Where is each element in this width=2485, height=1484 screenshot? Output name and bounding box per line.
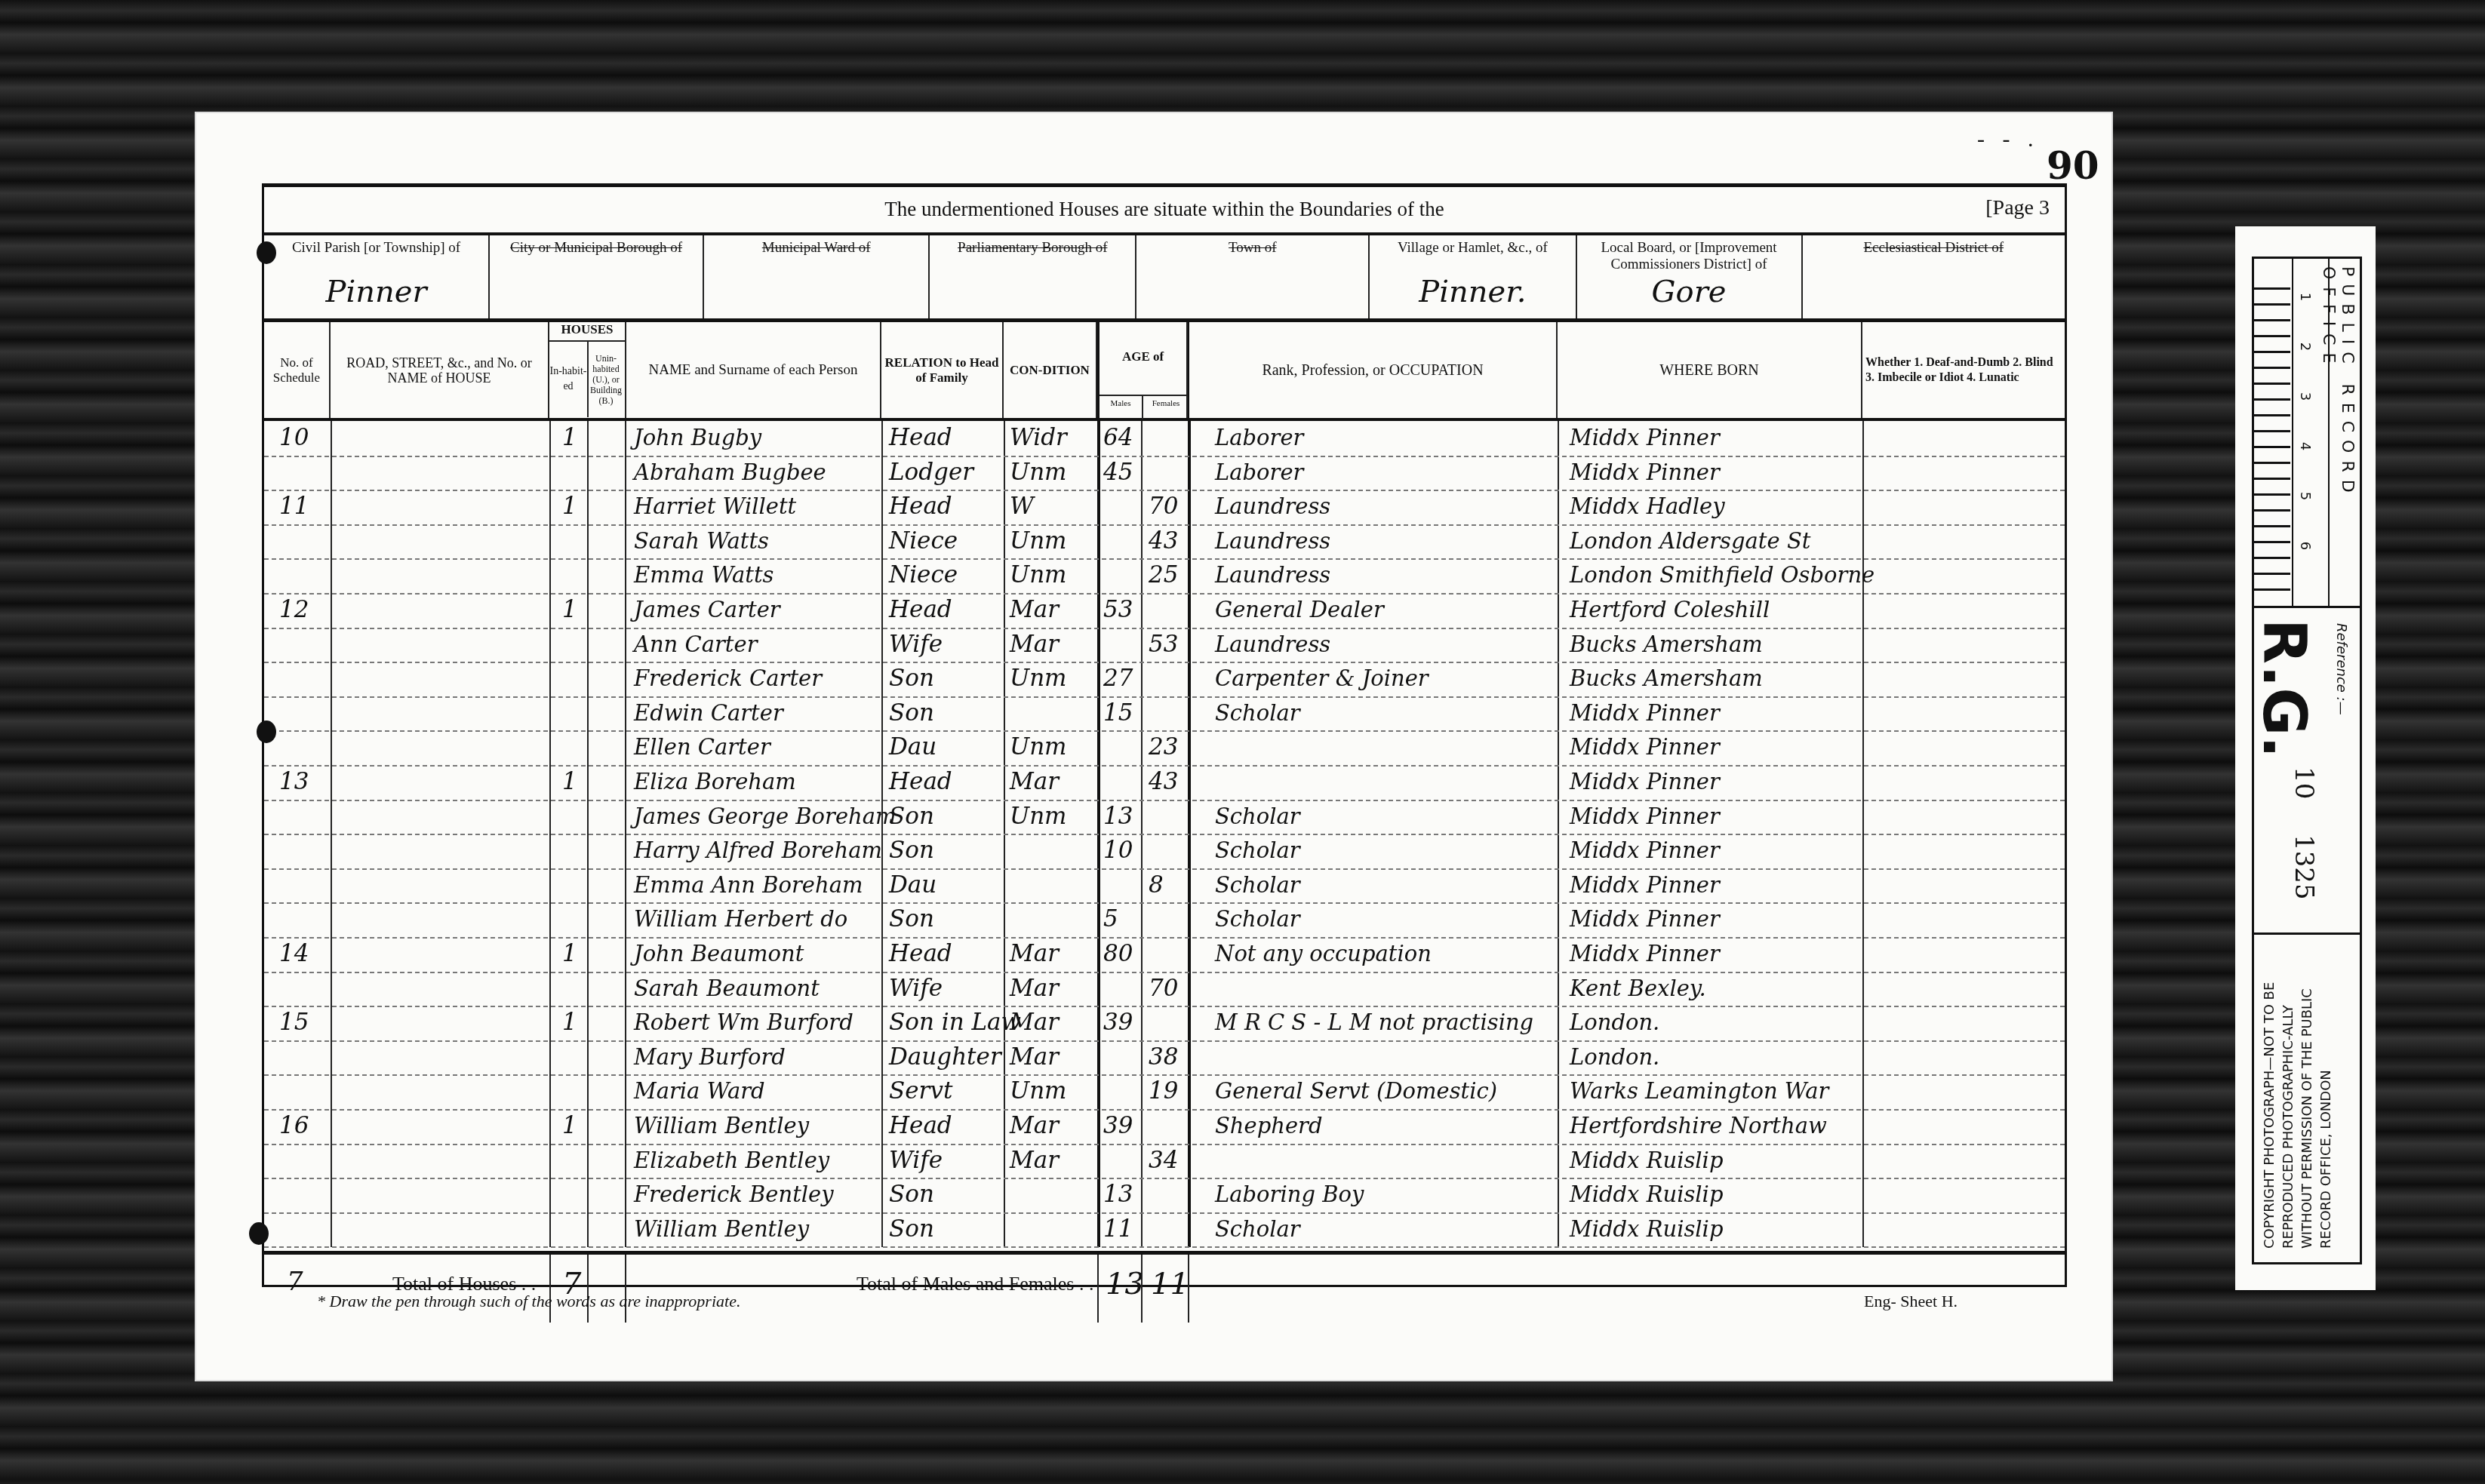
birthplace-cell: Middx Ruislip	[1570, 1212, 1723, 1247]
birthplace-cell: Middx Pinner	[1570, 868, 1720, 903]
occupation-cell: Laborer	[1215, 456, 1303, 490]
relation-cell: Niece	[889, 524, 958, 559]
schedule-cell: 13	[279, 765, 309, 800]
boundary-5: Village or Hamlet, &c., ofPinner.	[1370, 235, 1576, 318]
punch-hole	[257, 720, 276, 743]
occupation-cell: Scholar	[1215, 696, 1300, 731]
occupation-cell: Shepherd	[1215, 1109, 1323, 1144]
ruler-cm-mark: 1	[2297, 293, 2313, 301]
relation-cell: Daughter	[889, 1040, 1001, 1075]
reference-label: Reference :—	[2333, 623, 2349, 715]
table-row: 111Harriet WillettHeadW70LaundressMiddx …	[264, 490, 2065, 526]
form-code: Eng- Sheet H.	[1864, 1292, 1958, 1311]
name-cell: Sarah Watts	[634, 524, 769, 559]
relation-cell: Head	[889, 490, 952, 524]
condition-cell: Unm	[1010, 558, 1067, 593]
birthplace-cell: Kent Bexley.	[1570, 972, 1706, 1006]
birthplace-cell: Middx Pinner	[1570, 696, 1720, 731]
schedule-cell: 12	[279, 593, 309, 628]
occupation-cell: Scholar	[1215, 834, 1300, 868]
header-line: The undermentioned Houses are situate wi…	[264, 198, 2065, 221]
name-cell: Elizabeth Bentley	[634, 1144, 829, 1178]
birthplace-cell: London Smithfield Osborne	[1570, 558, 1875, 593]
office-label: PUBLIC RECORD OFFICE	[2319, 266, 2357, 606]
male-age-cell: 10	[1103, 834, 1133, 868]
occupation-cell: Laborer	[1215, 421, 1303, 456]
birthplace-cell: Middx Ruislip	[1570, 1178, 1723, 1212]
male-age-cell: 15	[1103, 696, 1133, 731]
birthplace-cell: Hertfordshire Northaw	[1570, 1109, 1827, 1144]
name-cell: William Herbert do	[634, 902, 847, 937]
ruler-cm-mark: 6	[2297, 542, 2313, 550]
condition-cell: Unm	[1010, 524, 1067, 559]
boundary-4: Town of	[1136, 235, 1370, 318]
ruler-cm-mark: 2	[2297, 343, 2313, 351]
header-schedule: No. of Schedule	[264, 322, 331, 418]
name-cell: Frederick Carter	[634, 662, 822, 696]
condition-cell: Unm	[1010, 730, 1067, 765]
birthplace-cell: Middx Pinner	[1570, 902, 1720, 937]
condition-cell: Mar	[1010, 972, 1059, 1006]
occupation-cell: Laundress	[1215, 490, 1330, 524]
table-row: Abraham BugbeeLodgerUnm45LaborerMiddx Pi…	[264, 456, 2065, 492]
table-row: William Herbert doSon5ScholarMiddx Pinne…	[264, 902, 2065, 939]
boundary-0: Civil Parish [or Township] ofPinner	[264, 235, 490, 318]
piece-number: 1325	[2289, 834, 2319, 900]
relation-cell: Head	[889, 937, 952, 972]
female-age-cell: 23	[1149, 730, 1178, 765]
name-cell: Emma Ann Boreham	[634, 868, 863, 903]
birthplace-cell: Middx Pinner	[1570, 834, 1720, 868]
header-road: ROAD, STREET, &c., and No. or NAME of HO…	[331, 322, 549, 418]
name-cell: Mary Burford	[634, 1040, 786, 1075]
condition-cell: Unm	[1010, 456, 1067, 490]
male-age-cell: 64	[1103, 421, 1133, 456]
relation-cell: Servt	[889, 1074, 952, 1109]
table-row: Sarah WattsNieceUnm43LaundressLondon Ald…	[264, 524, 2065, 561]
table-row: 151Robert Wm BurfordSon in LawMar39M R C…	[264, 1006, 2065, 1042]
occupation-cell: Scholar	[1215, 868, 1300, 903]
ruler-ticks	[2254, 274, 2290, 591]
header-houses: HOUSES In-habit-ed Unin-habited (U.), or…	[549, 322, 625, 418]
name-cell: Emma Watts	[634, 558, 773, 593]
table-row: Ellen CarterDauUnm23Middx Pinner	[264, 730, 2065, 767]
schedule-cell: 16	[279, 1109, 309, 1144]
birthplace-cell: Middx Pinner	[1570, 765, 1720, 800]
name-cell: John Bugby	[634, 421, 761, 456]
header-condition: CON-DITION	[1004, 322, 1097, 418]
punch-hole	[249, 1222, 269, 1245]
table-row: Frederick CarterSonUnm27Carpenter & Join…	[264, 662, 2065, 698]
inhabited-cell: 1	[562, 765, 577, 800]
relation-cell: Son	[889, 834, 934, 868]
female-age-cell: 70	[1149, 972, 1178, 1006]
schedule-cell: 10	[279, 421, 309, 456]
relation-cell: Head	[889, 593, 952, 628]
header-where-born: WHERE BORN	[1558, 322, 1862, 418]
table-row: 101John BugbyHeadWidr64LaborerMiddx Pinn…	[264, 421, 2065, 457]
header-occupation: Rank, Profession, or OCCUPATION	[1188, 322, 1558, 418]
condition-cell: Unm	[1010, 1074, 1067, 1109]
table-row: Mary BurfordDaughterMar38London.	[264, 1040, 2065, 1077]
relation-cell: Son	[889, 662, 934, 696]
total-persons-label: Total of Males and Females . .	[857, 1273, 1093, 1295]
birthplace-cell: London Aldersgate St	[1570, 524, 1810, 559]
table-row: Ann CarterWifeMar53LaundressBucks Amersh…	[264, 628, 2065, 664]
occupation-cell: General Dealer	[1215, 593, 1384, 628]
condition-cell: Mar	[1010, 593, 1059, 628]
boundary-6: Local Board, or [Improvement Commissione…	[1577, 235, 1803, 318]
occupation-cell: Laundress	[1215, 628, 1330, 662]
male-age-cell: 45	[1103, 456, 1133, 490]
reference-strip: 123456 PUBLIC RECORD OFFICE R.G. Referen…	[2235, 226, 2376, 1290]
relation-cell: Niece	[889, 558, 958, 593]
birthplace-cell: Middx Pinner	[1570, 800, 1720, 834]
birthplace-cell: Middx Ruislip	[1570, 1144, 1723, 1178]
header-infirmity: Whether 1. Deaf-and-Dumb 2. Blind 3. Imb…	[1862, 322, 2065, 418]
boundary-3: Parliamentary Borough of	[930, 235, 1136, 318]
inhabited-cell: 1	[562, 421, 577, 456]
birthplace-cell: Middx Pinner	[1570, 937, 1720, 972]
occupation-cell: Laundress	[1215, 558, 1330, 593]
name-cell: Sarah Beaumont	[634, 972, 820, 1006]
totals-row: 7 Total of Houses . . 7 Total of Males a…	[264, 1251, 2065, 1323]
birthplace-cell: London.	[1570, 1006, 1659, 1040]
name-cell: Harriet Willett	[634, 490, 796, 524]
relation-cell: Lodger	[889, 456, 973, 490]
female-age-cell: 8	[1149, 868, 1164, 903]
column-headers: No. of Schedule ROAD, STREET, &c., and N…	[264, 322, 2065, 421]
ruler-cm-mark: 5	[2297, 492, 2313, 500]
name-cell: Harry Alfred Boreham	[634, 834, 882, 868]
relation-cell: Son	[889, 1212, 934, 1247]
table-row: Emma Ann BorehamDau8ScholarMiddx Pinner	[264, 868, 2065, 905]
condition-cell: Mar	[1010, 1006, 1059, 1040]
birthplace-cell: Middx Pinner	[1570, 456, 1720, 490]
table-row: 131Eliza BorehamHeadMar43Middx Pinner	[264, 765, 2065, 801]
page-label: [Page 3	[1985, 196, 2050, 220]
boundary-7: Ecclesiastical District of	[1803, 235, 2065, 318]
name-cell: John Beaumont	[634, 937, 804, 972]
condition-cell: Mar	[1010, 1144, 1059, 1178]
occupation-cell: Carpenter & Joiner	[1215, 662, 1429, 696]
relation-cell: Wife	[889, 628, 943, 662]
birthplace-cell: Middx Pinner	[1570, 421, 1720, 456]
table-row: 121James CarterHeadMar53General DealerHe…	[264, 593, 2065, 629]
male-age-cell: 13	[1103, 800, 1133, 834]
name-cell: Eliza Boreham	[634, 765, 796, 800]
condition-cell: Unm	[1010, 662, 1067, 696]
scale-ruler: 123456 PUBLIC RECORD OFFICE	[2254, 259, 2360, 608]
schedule-cell: 14	[279, 937, 309, 972]
name-cell: Edwin Carter	[634, 696, 783, 731]
male-age-cell: 53	[1103, 593, 1133, 628]
table-row: 141John BeaumontHeadMar80Not any occupat…	[264, 937, 2065, 973]
relation-cell: Son in Law	[889, 1006, 1021, 1040]
boundary-1: City or Municipal Borough of	[490, 235, 704, 318]
female-age-cell: 19	[1149, 1074, 1178, 1109]
table-row: Harry Alfred BorehamSon10ScholarMiddx Pi…	[264, 834, 2065, 870]
male-age-cell: 5	[1103, 902, 1118, 937]
name-cell: Maria Ward	[634, 1074, 765, 1109]
female-age-cell: 43	[1149, 765, 1178, 800]
condition-cell: Mar	[1010, 628, 1059, 662]
birthplace-cell: Middx Hadley	[1570, 490, 1725, 524]
male-age-cell: 80	[1103, 937, 1133, 972]
relation-cell: Wife	[889, 972, 943, 1006]
occupation-cell: Scholar	[1215, 800, 1300, 834]
schedule-cell: 11	[279, 490, 309, 524]
ruler-cm-mark: 4	[2297, 442, 2313, 450]
folio-number: 90	[2047, 143, 2099, 188]
relation-cell: Son	[889, 902, 934, 937]
birthplace-cell: Bucks Amersham	[1570, 662, 1763, 696]
inhabited-cell: 1	[562, 593, 577, 628]
entries-body: 101John BugbyHeadWidr64LaborerMiddx Pinn…	[264, 421, 2065, 1247]
header-age: AGE of Males Females	[1097, 322, 1188, 418]
female-age-cell: 34	[1149, 1144, 1178, 1178]
table-row: Sarah BeaumontWifeMar70Kent Bexley.	[264, 972, 2065, 1008]
male-age-cell: 11	[1103, 1212, 1133, 1247]
schedule-cell: 15	[279, 1006, 309, 1040]
inhabited-cell: 1	[562, 490, 577, 524]
relation-cell: Head	[889, 1109, 952, 1144]
name-cell: Ann Carter	[634, 628, 758, 662]
inhabited-cell: 1	[562, 1006, 577, 1040]
condition-cell: Mar	[1010, 1040, 1059, 1075]
name-cell: James Carter	[634, 593, 780, 628]
name-cell: Ellen Carter	[634, 730, 770, 765]
female-age-cell: 70	[1149, 490, 1178, 524]
condition-cell: Unm	[1010, 800, 1067, 834]
total-females-value: 11	[1151, 1267, 1189, 1301]
series-code: R.G.	[2250, 619, 2317, 758]
condition-cell: Mar	[1010, 765, 1059, 800]
condition-cell: Mar	[1010, 1109, 1059, 1144]
female-age-cell: 38	[1149, 1040, 1178, 1075]
relation-cell: Dau	[889, 730, 936, 765]
female-age-cell: 43	[1149, 524, 1178, 559]
ruler-cm-mark: 3	[2297, 392, 2313, 401]
table-row: Frederick BentleySon13Laboring BoyMiddx …	[264, 1178, 2065, 1214]
margin-marks: - - .	[1977, 127, 2039, 152]
condition-cell: Mar	[1010, 937, 1059, 972]
birthplace-cell: Warks Leamington War	[1570, 1074, 1828, 1109]
name-cell: Robert Wm Burford	[634, 1006, 853, 1040]
female-age-cell: 25	[1149, 558, 1178, 593]
condition-cell: W	[1010, 490, 1034, 524]
male-age-cell: 13	[1103, 1178, 1133, 1212]
relation-cell: Son	[889, 696, 934, 731]
census-form: The undermentioned Houses are situate wi…	[262, 183, 2067, 1287]
relation-cell: Son	[889, 800, 934, 834]
name-cell: William Bentley	[634, 1212, 809, 1247]
copyright-notice: COPYRIGHT PHOTOGRAPH—NOT TO BE REPRODUCE…	[2260, 939, 2336, 1249]
birthplace-cell: Hertford Coleshill	[1570, 593, 1770, 628]
relation-cell: Dau	[889, 868, 936, 903]
table-row: William BentleySon11ScholarMiddx Ruislip	[264, 1212, 2065, 1249]
occupation-cell: Laundress	[1215, 524, 1330, 559]
margin-mark: 7	[287, 1267, 303, 1297]
occupation-cell: M R C S - L M not practising	[1215, 1006, 1533, 1040]
header-relation: RELATION to Head of Family	[881, 322, 1004, 418]
name-cell: James George Boreham	[634, 800, 897, 834]
occupation-cell: Laboring Boy	[1215, 1178, 1364, 1212]
birthplace-cell: Bucks Amersham	[1570, 628, 1763, 662]
male-age-cell: 27	[1103, 662, 1133, 696]
table-row: Elizabeth BentleyWifeMar34Middx Ruislip	[264, 1144, 2065, 1180]
name-cell: Abraham Bugbee	[634, 456, 826, 490]
footnote: * Draw the pen through such of the words…	[317, 1292, 740, 1311]
name-cell: Frederick Bentley	[634, 1178, 834, 1212]
occupation-cell: Scholar	[1215, 902, 1300, 937]
occupation-cell: Scholar	[1215, 1212, 1300, 1247]
punch-hole	[257, 241, 276, 264]
occupation-cell: Not any occupation	[1215, 937, 1432, 972]
reference-box: R.G. Reference :— 10 1325	[2254, 608, 2360, 935]
class-number: 10	[2289, 767, 2319, 799]
relation-cell: Head	[889, 765, 952, 800]
male-age-cell: 39	[1103, 1006, 1133, 1040]
form-header: The undermentioned Houses are situate wi…	[264, 187, 2065, 235]
female-age-cell: 53	[1149, 628, 1178, 662]
male-age-cell: 39	[1103, 1109, 1133, 1144]
table-row: Maria WardServtUnm19General Servt (Domes…	[264, 1074, 2065, 1111]
total-males-value: 13	[1106, 1267, 1144, 1301]
occupation-cell: General Servt (Domestic)	[1215, 1074, 1497, 1109]
boundaries-row: Civil Parish [or Township] ofPinnerCity …	[264, 235, 2065, 322]
relation-cell: Son	[889, 1178, 934, 1212]
table-row: Edwin CarterSon15ScholarMiddx Pinner	[264, 696, 2065, 733]
boundary-2: Municipal Ward of	[704, 235, 930, 318]
birthplace-cell: London.	[1570, 1040, 1659, 1075]
condition-cell: Widr	[1010, 421, 1067, 456]
header-name: NAME and Surname of each Person	[625, 322, 881, 418]
table-row: 161William BentleyHeadMar39ShepherdHertf…	[264, 1109, 2065, 1145]
table-row: Emma WattsNieceUnm25LaundressLondon Smit…	[264, 558, 2065, 595]
table-row: James George BorehamSonUnm13ScholarMiddx…	[264, 800, 2065, 836]
relation-cell: Head	[889, 421, 952, 456]
birthplace-cell: Middx Pinner	[1570, 730, 1720, 765]
relation-cell: Wife	[889, 1144, 943, 1178]
inhabited-cell: 1	[562, 1109, 577, 1144]
name-cell: William Bentley	[634, 1109, 809, 1144]
inhabited-cell: 1	[562, 937, 577, 972]
